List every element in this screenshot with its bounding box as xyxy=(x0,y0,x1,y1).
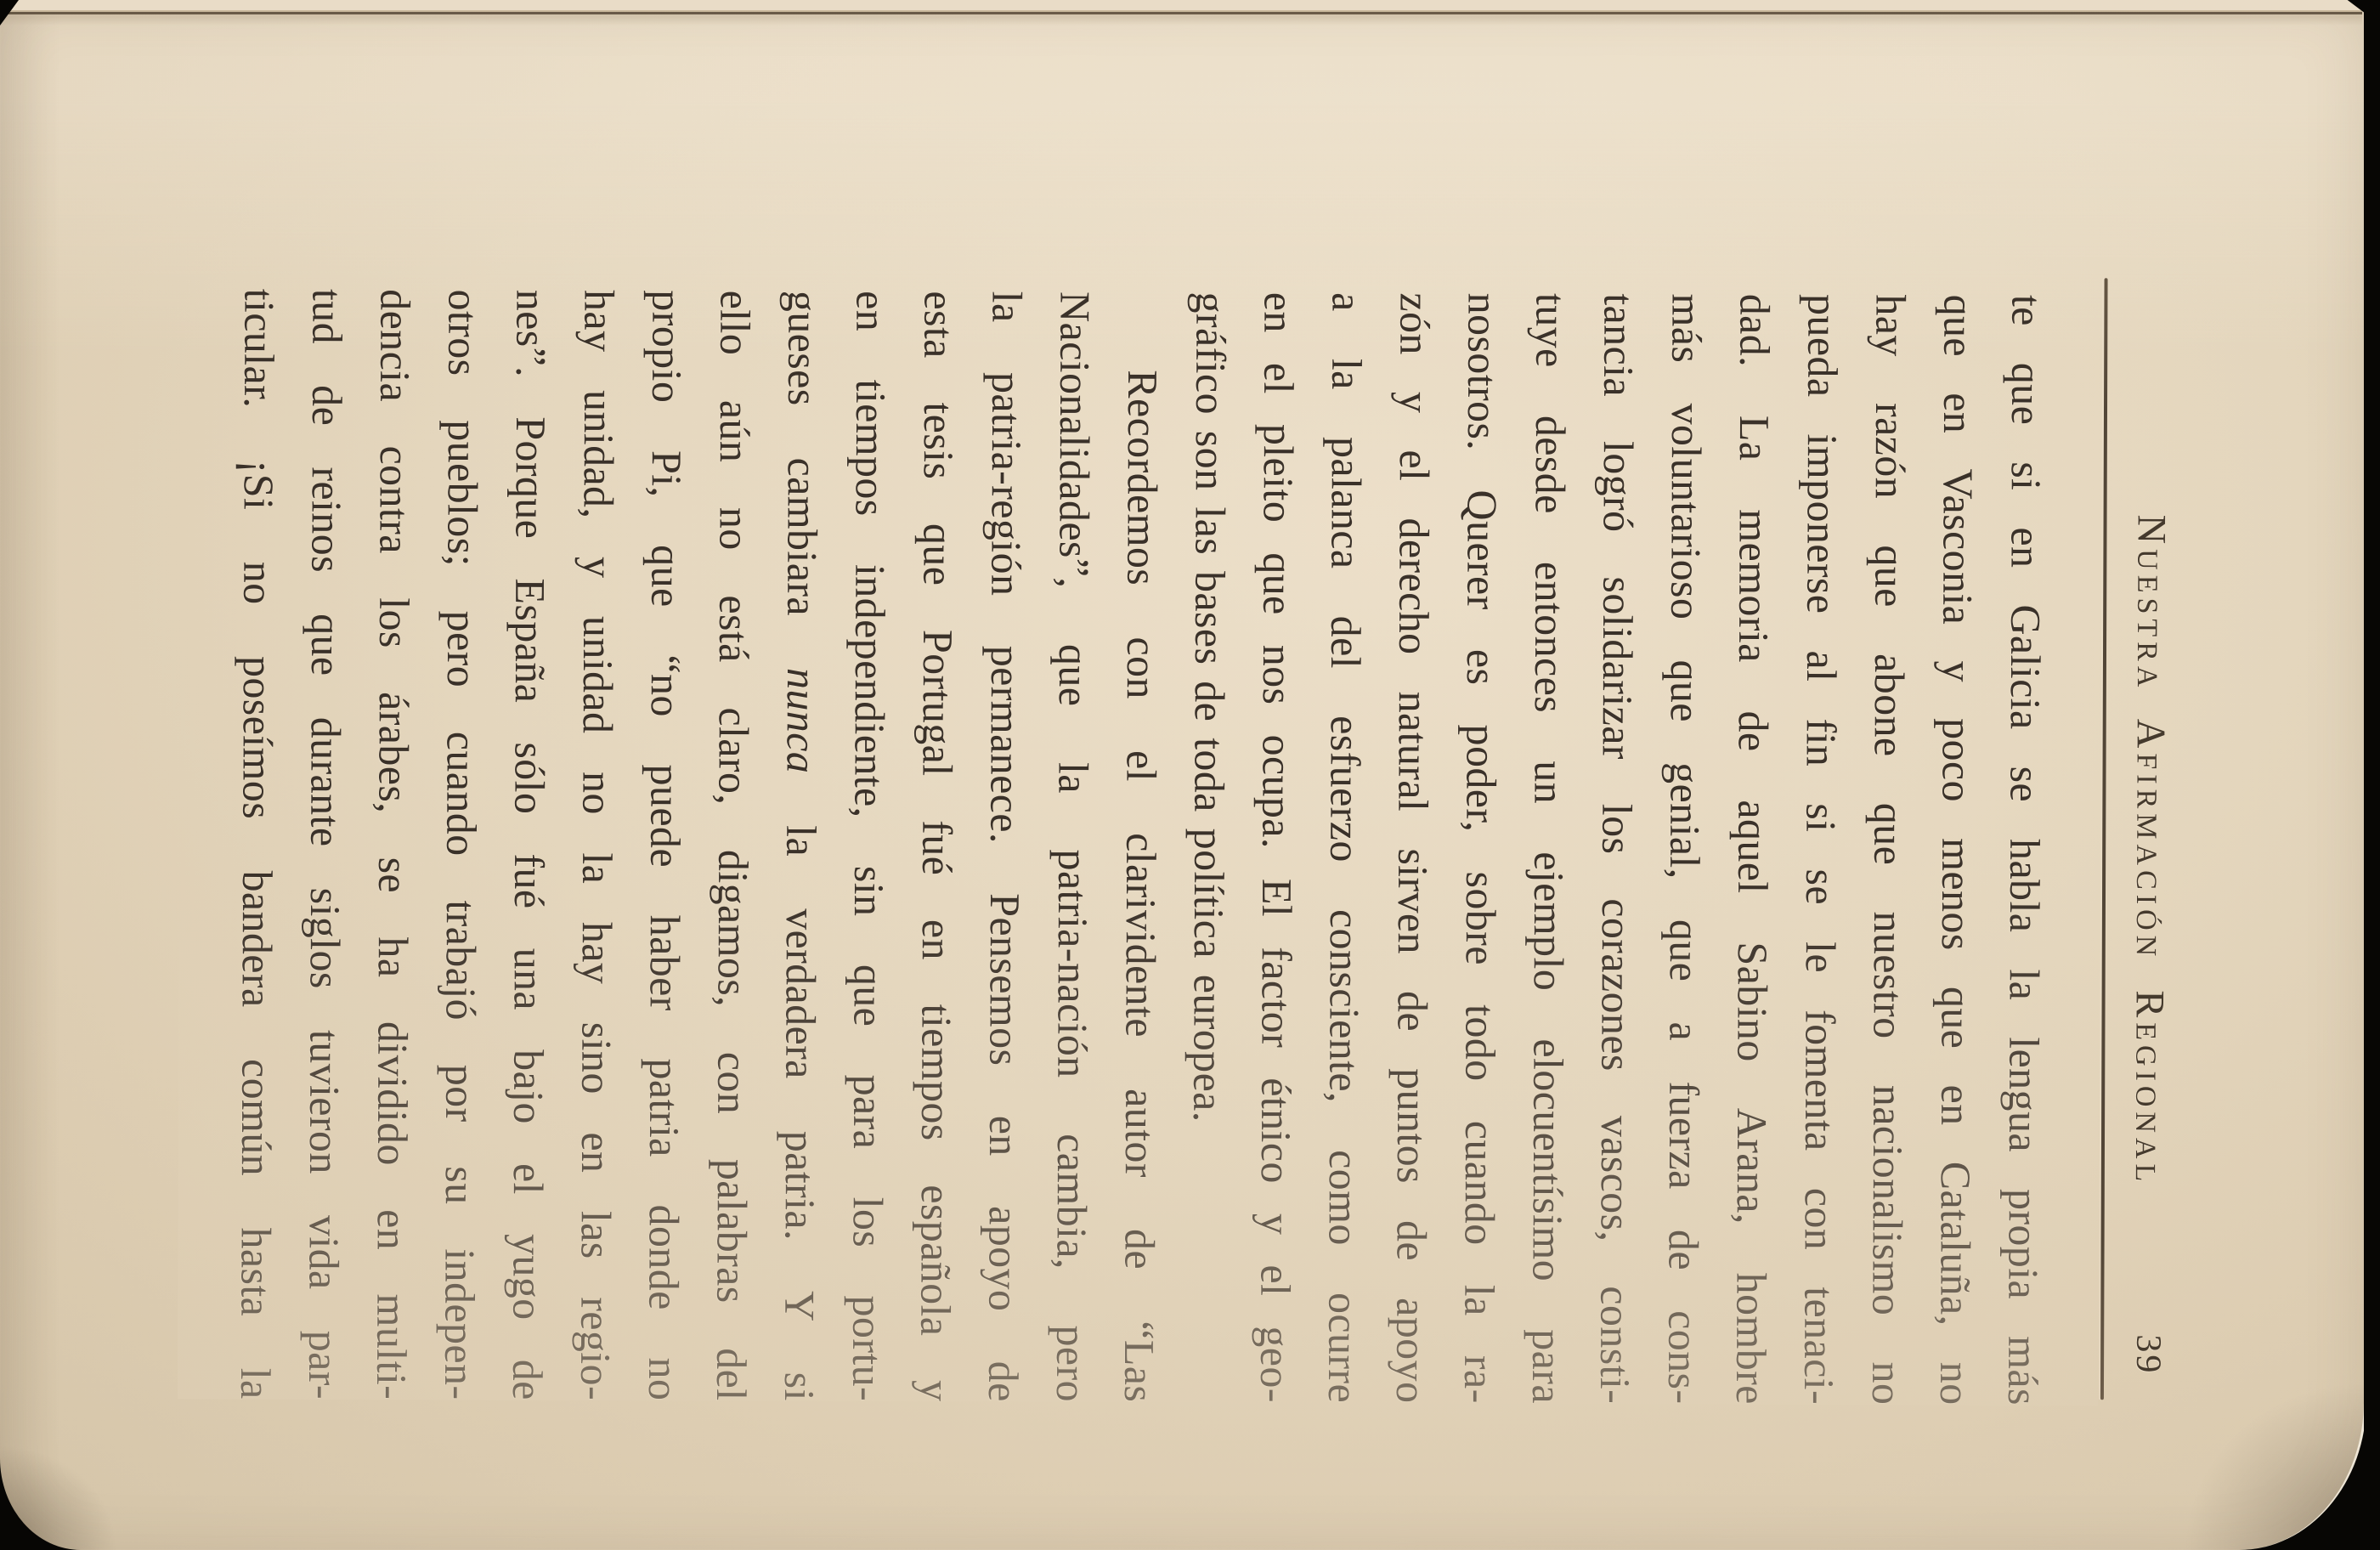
text-line: hay razón que abone que nuestro nacional… xyxy=(1852,294,1925,1405)
text-segment: tuye desde entonces un ejemplo elocuentí… xyxy=(1523,292,1574,1403)
text-segment: pueda imponerse al fin si se le fomenta … xyxy=(1795,293,1846,1404)
body-text: te que si en Galicia se habla la lengua … xyxy=(221,288,2061,1406)
running-header: Nuestra Afirmación Regional 39 xyxy=(2117,295,2181,1406)
text-line: ticular. ¡Si no poseímos bandera común h… xyxy=(221,288,293,1399)
text-line: nes”. Porque España sólo fué una bajo el… xyxy=(493,289,565,1400)
running-header-title: Nuestra Afirmación Regional xyxy=(2117,295,2181,1406)
text-segment: ticular. ¡Si no poseímos bandera común h… xyxy=(231,288,283,1399)
text-segment: la verdadera patria. Y si xyxy=(775,773,825,1401)
text-segment: nes”. Porque España sólo fué una bajo el… xyxy=(503,289,555,1400)
text-line: dencia contra los árabes, se ha dividido… xyxy=(357,289,429,1400)
text-line: tuye desde entonces un ejemplo elocuentí… xyxy=(1512,292,1585,1403)
text-segment: ello aún no está claro, digamos, con pal… xyxy=(707,290,759,1400)
text-line: dad. La memoria de aquel Sabino Arana, h… xyxy=(1716,293,1789,1404)
page-number: 39 xyxy=(2118,1334,2178,1375)
text-segment: dad. La memoria de aquel Sabino Arana, h… xyxy=(1727,293,1778,1404)
text-segment: Recordemos con el clarividente autor de … xyxy=(1115,370,1166,1402)
text-line: Recordemos con el clarividente autor de … xyxy=(1105,291,1177,1402)
text-line: hay unidad, y unidad no la hay sino en l… xyxy=(561,289,633,1400)
text-segment: la patria-región permanece. Pensemos en … xyxy=(979,291,1031,1401)
text-segment: a la palanca del esfuerzo consciente, co… xyxy=(1319,292,1371,1403)
text-line: ello aún no está claro, digamos, con pal… xyxy=(697,290,769,1400)
text-segment: hay unidad, y unidad no la hay sino en l… xyxy=(571,289,623,1400)
text-line: zón y el derecho natural sirven de punto… xyxy=(1377,292,1449,1403)
text-line: tud de reinos que durante siglos tuviero… xyxy=(289,288,361,1399)
text-segment: Nacionalidades”, que la patria-nación ca… xyxy=(1047,291,1099,1401)
header-rule xyxy=(2100,278,2107,1400)
text-segment: propio Pi, que “no puede haber patria do… xyxy=(639,290,691,1400)
italic-text-segment: nunca xyxy=(777,667,825,772)
text-segment: tud de reinos que durante siglos tuviero… xyxy=(299,288,351,1399)
text-segment: te que si en Galicia se habla la lengua … xyxy=(1998,294,2050,1405)
text-segment: hay razón que abone que nuestro nacional… xyxy=(1863,294,1914,1405)
text-line: propio Pi, que “no puede haber patria do… xyxy=(629,290,701,1400)
rotated-page-content: Nuestra Afirmación Regional 39 te que si… xyxy=(0,0,2380,1550)
text-line: gráfico son las bases de toda política e… xyxy=(1173,291,1245,1402)
text-segment: que en Vasconia y poco menos que en Cata… xyxy=(1931,294,1982,1405)
text-line: gueses cambiara nunca la verdadera patri… xyxy=(765,290,837,1400)
text-line: otros pueblos; pero cuando trabajó por s… xyxy=(425,289,497,1400)
book-photograph: Nuestra Afirmación Regional 39 te que si… xyxy=(0,0,2380,1550)
text-segment: gráfico son las bases de toda política e… xyxy=(1184,291,1235,1122)
text-line: nosotros. Querer es poder, sobre todo cu… xyxy=(1444,292,1517,1403)
text-segment: nosotros. Querer es poder, sobre todo cu… xyxy=(1455,292,1507,1403)
text-line: en el pleito que nos ocupa. El factor ét… xyxy=(1241,291,1313,1402)
text-line: la patria-región permanece. Pensemos en … xyxy=(969,291,1041,1401)
text-line: pueda imponerse al fin si se le fomenta … xyxy=(1784,293,1857,1404)
text-line: tancia logró solidarizar los corazones v… xyxy=(1580,293,1653,1404)
text-block: Nuestra Afirmación Regional 39 te que si… xyxy=(0,287,2380,1406)
text-line: esta tesis que Portugal fué en tiempos e… xyxy=(901,291,973,1401)
text-line: te que si en Galicia se habla la lengua … xyxy=(1988,294,2061,1405)
text-segment: dencia contra los árabes, se ha dividido… xyxy=(367,289,419,1400)
text-segment: en el pleito que nos ocupa. El factor ét… xyxy=(1251,291,1303,1402)
text-line: que en Vasconia y poco menos que en Cata… xyxy=(1920,294,1993,1405)
text-line: en tiempos independiente, sin que para l… xyxy=(833,291,905,1401)
text-segment: tancia logró solidarizar los corazones v… xyxy=(1591,293,1642,1404)
text-segment: en tiempos independiente, sin que para l… xyxy=(843,291,895,1401)
text-line: Nacionalidades”, que la patria-nación ca… xyxy=(1037,291,1109,1401)
text-segment: más voluntarioso que genial, que a fuerz… xyxy=(1659,293,1710,1404)
text-segment: gueses cambiara xyxy=(777,290,827,667)
text-segment: otros pueblos; pero cuando trabajó por s… xyxy=(435,289,487,1400)
text-line: más voluntarioso que genial, que a fuerz… xyxy=(1648,293,1721,1404)
text-segment: esta tesis que Portugal fué en tiempos e… xyxy=(911,291,963,1401)
text-segment: zón y el derecho natural sirven de punto… xyxy=(1387,292,1439,1403)
text-line: a la palanca del esfuerzo consciente, co… xyxy=(1309,292,1381,1403)
